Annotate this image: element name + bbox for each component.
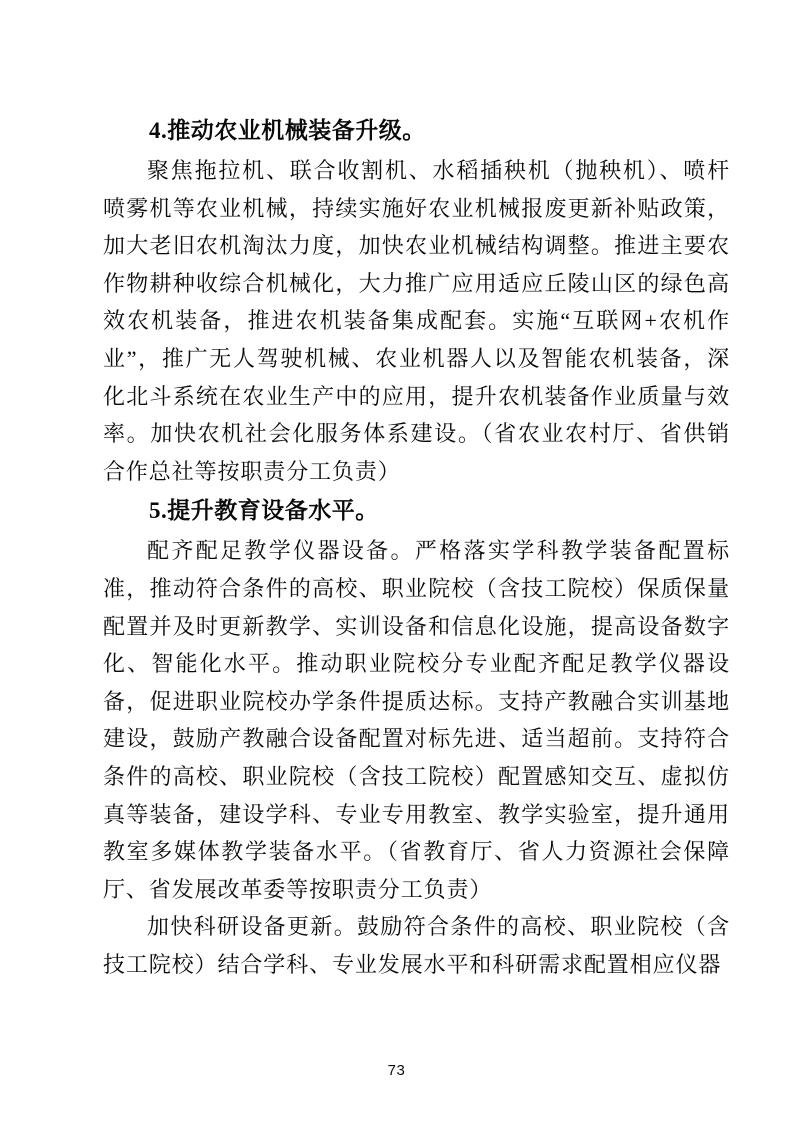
section-4-heading: 4.推动农业机械装备升级。 [103, 110, 730, 152]
document-body: 4.推动农业机械装备升级。 聚焦拖拉机、联合收割机、水稻插秧机（抛秧机）、喷杆喷… [103, 110, 730, 983]
section-4-paragraph: 聚焦拖拉机、联合收割机、水稻插秧机（抛秧机）、喷杆喷雾机等农业机械，持续实施好农… [103, 152, 730, 490]
document-page: 4.推动农业机械装备升级。 聚焦拖拉机、联合收割机、水稻插秧机（抛秧机）、喷杆喷… [0, 0, 793, 1122]
section-5-heading: 5.提升教育设备水平。 [103, 490, 730, 532]
section-5-paragraph-1: 配齐配足教学仪器设备。严格落实学科教学装备配置标准，推动符合条件的高校、职业院校… [103, 532, 730, 908]
page-number: 73 [0, 1062, 793, 1079]
section-5-paragraph-2: 加快科研设备更新。鼓励符合条件的高校、职业院校（含技工院校）结合学科、专业发展水… [103, 908, 730, 983]
